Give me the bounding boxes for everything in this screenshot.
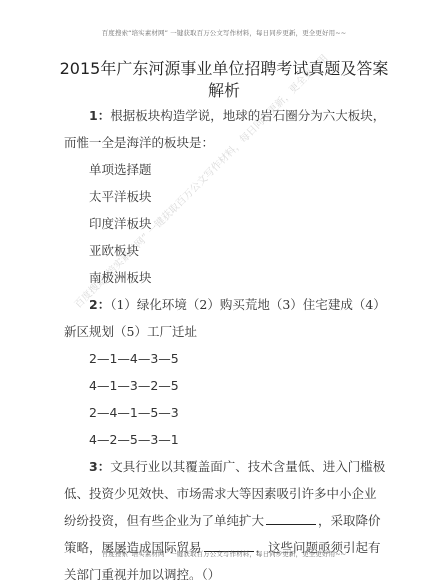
question-text: （1）绿化环境（2）购买荒地（3）住宅建成（4）新区规划（5）工厂迁址 [64, 297, 386, 339]
title-line-2: 解析 [40, 80, 408, 102]
option-item: 印度洋板块 [64, 210, 386, 237]
question-3-stem: 3：文具行业以其覆盖面广、技术含量低、进入门槛极低、投资少见效快、市场需求大等因… [64, 453, 386, 580]
question-number: 1： [89, 108, 110, 123]
option-item: 单项选择题 [64, 156, 386, 183]
document-body: 1：根据板块构造学说，地球的岩石圈分为六大板块，而惟一全是海洋的板块是： 单项选… [64, 102, 386, 580]
question-number: 3： [89, 459, 110, 474]
option-item: 4—2—5—3—1 [64, 426, 386, 453]
question-1-stem: 1：根据板块构造学说，地球的岩石圈分为六大板块，而惟一全是海洋的板块是： [64, 102, 386, 156]
question-2-stem: 2：（1）绿化环境（2）购买荒地（3）住宅建成（4）新区规划（5）工厂迁址 [64, 291, 386, 345]
title-line-1: 2015年广东河源事业单位招聘考试真题及答案 [40, 58, 408, 80]
option-item: 2—1—4—3—5 [64, 345, 386, 372]
option-item: 亚欧板块 [64, 237, 386, 264]
fill-blank-1 [266, 512, 316, 525]
header-banner: 百度搜索“培实素材网” 一键获取百万公文写作材料，每日同步更新，更全更好用~~ [0, 28, 448, 37]
document-title: 2015年广东河源事业单位招聘考试真题及答案 解析 [40, 58, 408, 102]
footer-banner: 百度搜索“培实素材网” 一键获取百万公文写作材料，每日同步更新，更全更好用~~ [0, 549, 448, 558]
option-item: 4—1—3—2—5 [64, 372, 386, 399]
option-item: 南极洲板块 [64, 264, 386, 291]
option-item: 太平洋板块 [64, 183, 386, 210]
question-number: 2： [89, 297, 110, 312]
option-item: 2—4—1—5—3 [64, 399, 386, 426]
question-text: 根据板块构造学说，地球的岩石圈分为六大板块，而惟一全是海洋的板块是： [64, 108, 385, 150]
